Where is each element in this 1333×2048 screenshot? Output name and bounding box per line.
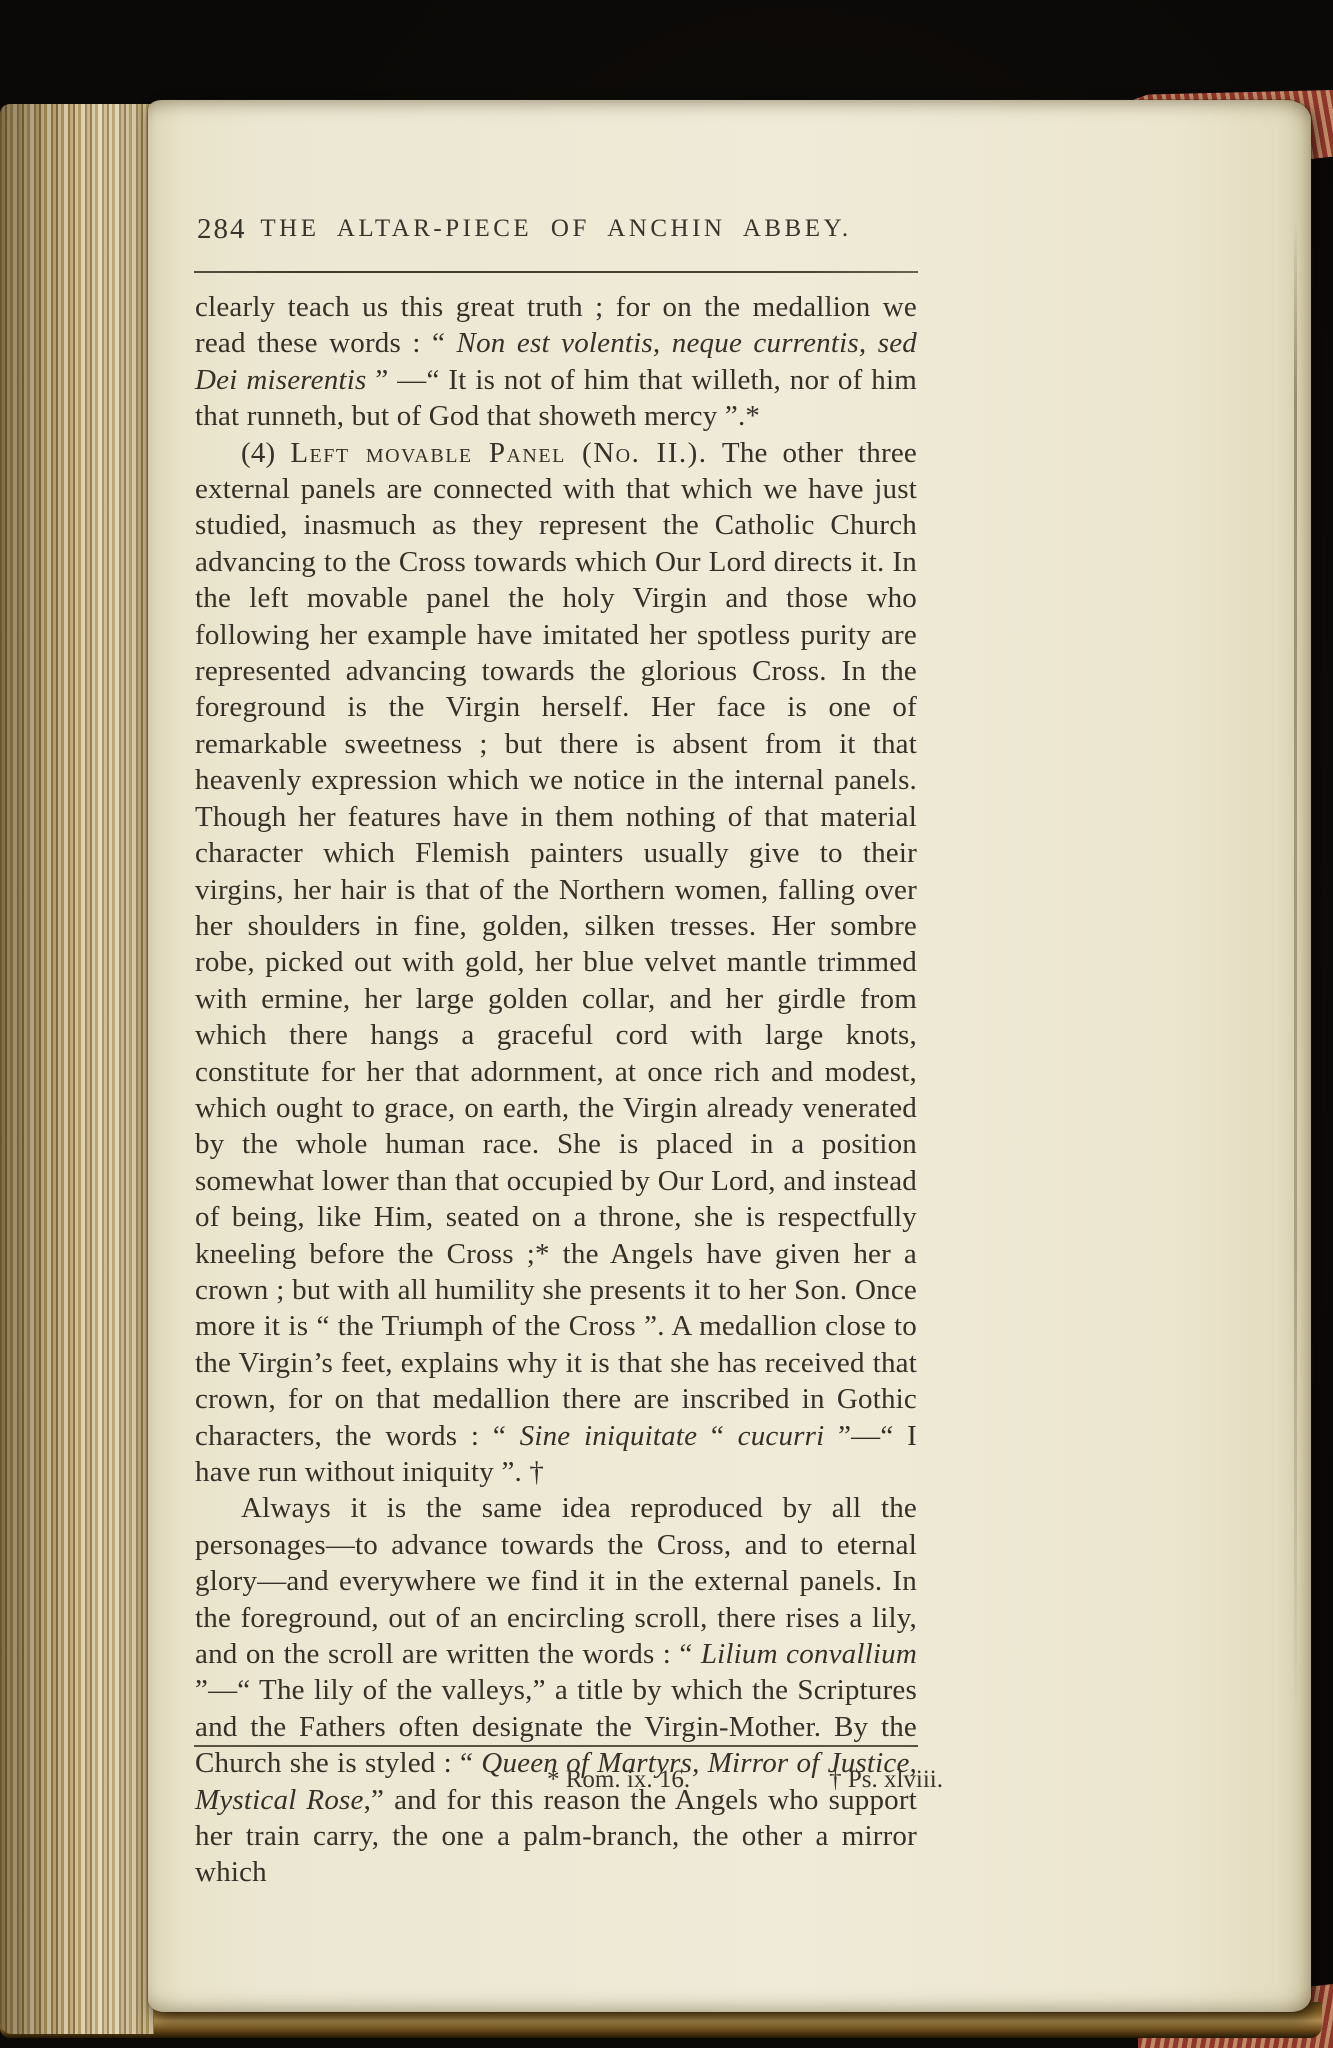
footnote-reference: * Rom. ix. 16. <box>547 1766 690 1794</box>
text-segment: Left movable Panel (No. II.). <box>290 437 707 469</box>
gutter-crease <box>1294 220 1297 1720</box>
page-number: 284 <box>197 213 247 246</box>
body-text: clearly teach us this great truth ; for … <box>195 289 917 1891</box>
text-segment: Sine iniquitate <box>520 1420 698 1452</box>
footnote-reference: † Ps. xlviii. <box>829 1766 943 1794</box>
paragraph: clearly teach us this great truth ; for … <box>195 289 917 435</box>
text-segment: Lilium convallium <box>701 1638 917 1670</box>
paragraph: (4) Left movable Panel (No. II.). The ot… <box>195 435 917 1491</box>
text-segment: cucurri <box>738 1420 825 1452</box>
page-header: 284 THE ALTAR-PIECE OF ANCHIN ABBEY. <box>195 210 917 254</box>
footnotes: * Rom. ix. 16. † Ps. xlviii. <box>195 1766 943 1794</box>
text-segment: (4) <box>241 437 290 469</box>
book-page: 284 THE ALTAR-PIECE OF ANCHIN ABBEY. cle… <box>148 100 1311 2012</box>
running-title: THE ALTAR-PIECE OF ANCHIN ABBEY. <box>195 210 917 243</box>
footnote-rule <box>194 1745 918 1747</box>
book-page-edges <box>0 104 154 2034</box>
book-photo-background: 284 THE ALTAR-PIECE OF ANCHIN ABBEY. cle… <box>0 0 1333 2048</box>
header-rule <box>194 271 918 273</box>
paragraph: Always it is the same idea reproduced by… <box>195 1490 917 1890</box>
text-segment: “ <box>697 1420 737 1452</box>
text-segment: The other three external panels are conn… <box>195 437 917 1452</box>
